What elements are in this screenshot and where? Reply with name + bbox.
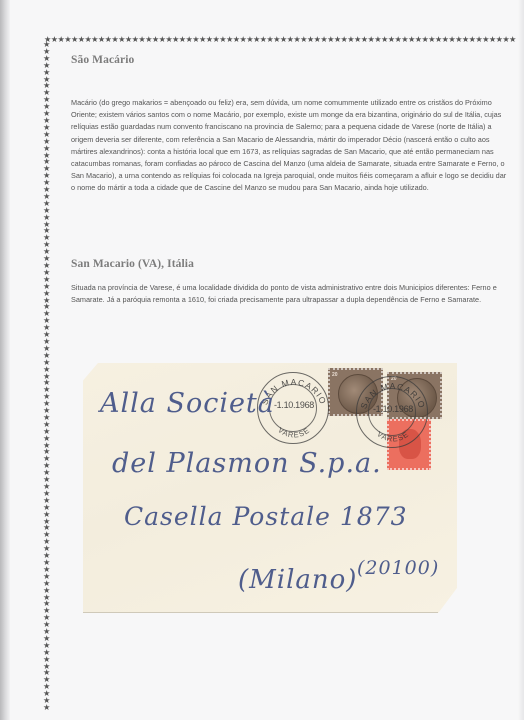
address-line-3: Casella Postale 1873 (124, 502, 408, 531)
address-line-4: (Milano) (238, 565, 357, 595)
postmark-date: -1.10.1968 (363, 404, 423, 414)
star-border-top: ★★★★★★★★★★★★★★★★★★★★★★★★★★★★★★★★★★★★★★★★… (44, 34, 518, 44)
scan-page-edge-right (518, 0, 524, 720)
envelope-edge (83, 612, 438, 613)
section-title-san-macario-va: San Macario (VA), Itália (71, 258, 194, 270)
scan-page-edge (0, 0, 10, 720)
section-paragraph-san-macario-va: Situada na província de Varese, é uma lo… (71, 282, 507, 306)
section-paragraph-sao-macario: Macário (do grego makarios = abençoado o… (71, 97, 507, 195)
address-line-5: (20100) (357, 557, 439, 579)
stamp-value: 20 (332, 372, 338, 378)
star-border-left: ★★★★★★★★★★★★★★★★★★★★★★★★★★★★★★★★★★★★★★★★… (43, 41, 53, 711)
address-line-2: del Plasmon S.p.a. (112, 448, 382, 479)
section-title-sao-macario: São Macário (71, 54, 134, 66)
postmark-2: SAN MACARIO VARESE -1.10.1968 (356, 376, 428, 448)
address-line-1: Alla Società (100, 388, 275, 419)
